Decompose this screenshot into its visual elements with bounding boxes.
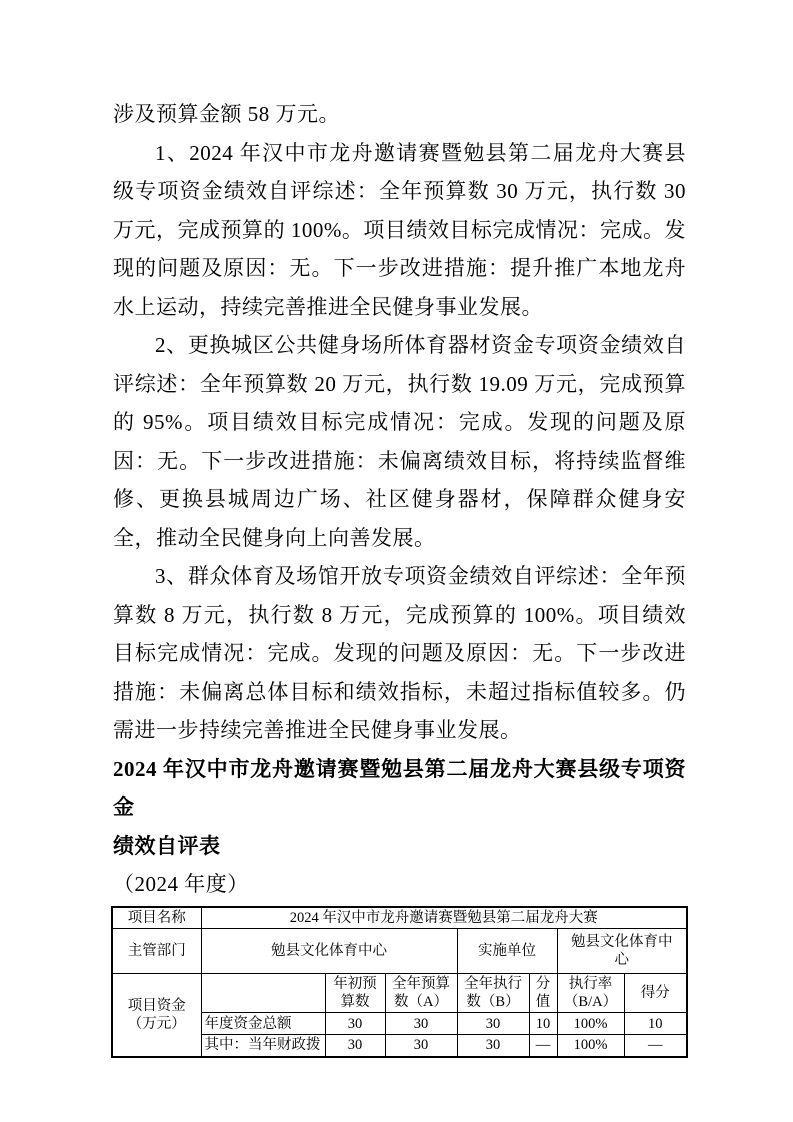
table-title-line1: 2024 年汉中市龙舟邀请赛暨勉县第二届龙舟大赛县级专项资金 <box>113 750 686 827</box>
paragraph-project-3: 3、群众体育及场馆开放专项资金绩效自评综述：全年预算数 8 万元，执行数 8 万… <box>113 557 686 750</box>
table-cell: 100% <box>557 1013 624 1035</box>
table-cell: 10 <box>529 1013 557 1035</box>
row-fiscal-allocation-label: 其中：当年财政拨 <box>201 1035 325 1057</box>
dept-value: 勉县文化体育中心 <box>201 929 457 974</box>
table-cell: 30 <box>325 1013 385 1035</box>
table-row-project-name: 项目名称 2024 年汉中市龙舟邀请赛暨勉县第二届龙舟大赛 <box>112 907 687 929</box>
table-title-line2: 绩效自评表 <box>113 827 686 866</box>
performance-self-evaluation-table: 项目名称 2024 年汉中市龙舟邀请赛暨勉县第二届龙舟大赛 主管部门 勉县文化体… <box>111 906 688 1058</box>
header-score: 得分 <box>624 974 687 1013</box>
project-name-label: 项目名称 <box>112 907 201 929</box>
header-initial-budget: 年初预算数 <box>325 974 385 1013</box>
header-score-value: 分值 <box>529 974 557 1013</box>
header-annual-execution: 全年执行数（B） <box>457 974 529 1013</box>
table-cell: 30 <box>325 1035 385 1057</box>
table-cell: 30 <box>385 1013 457 1035</box>
table-cell: 30 <box>457 1013 529 1035</box>
paragraph-project-1: 1、2024 年汉中市龙舟邀请赛暨勉县第二届龙舟大赛县级专项资金绩效自评综述：全… <box>113 134 686 327</box>
table-year-label: （2024 年度） <box>113 865 686 904</box>
document-content: 涉及预算金额 58 万元。 1、2024 年汉中市龙舟邀请赛暨勉县第二届龙舟大赛… <box>113 95 686 1058</box>
table-cell: 100% <box>557 1035 624 1057</box>
paragraph-project-2: 2、更换城区公共健身场所体育器材资金专项资金绩效自评综述：全年预算数 20 万元… <box>113 326 686 557</box>
header-execution-rate: 执行率（B/A） <box>557 974 624 1013</box>
table-cell: — <box>529 1035 557 1057</box>
header-annual-budget: 全年预算数（A） <box>385 974 457 1013</box>
empty-cell <box>201 974 325 1013</box>
row-annual-total-label: 年度资金总额 <box>201 1013 325 1035</box>
dept-label: 主管部门 <box>112 929 201 974</box>
impl-unit-value: 勉县文化体育中心 <box>557 929 687 974</box>
table-cell: 30 <box>385 1035 457 1057</box>
project-name-value: 2024 年汉中市龙舟邀请赛暨勉县第二届龙舟大赛 <box>201 907 687 929</box>
table-cell: 30 <box>457 1035 529 1057</box>
fund-section-label: 项目资金（万元） <box>112 974 201 1057</box>
document-page: 涉及预算金额 58 万元。 1、2024 年汉中市龙舟邀请赛暨勉县第二届龙舟大赛… <box>0 0 793 1122</box>
table-cell: — <box>624 1035 687 1057</box>
paragraph-budget-total: 涉及预算金额 58 万元。 <box>113 95 686 134</box>
impl-unit-label: 实施单位 <box>457 929 557 974</box>
table-row-fund-headers: 项目资金（万元） 年初预算数 全年预算数（A） 全年执行数（B） 分值 执行率（… <box>112 974 687 1013</box>
table-row-departments: 主管部门 勉县文化体育中心 实施单位 勉县文化体育中心 <box>112 929 687 974</box>
table-cell: 10 <box>624 1013 687 1035</box>
